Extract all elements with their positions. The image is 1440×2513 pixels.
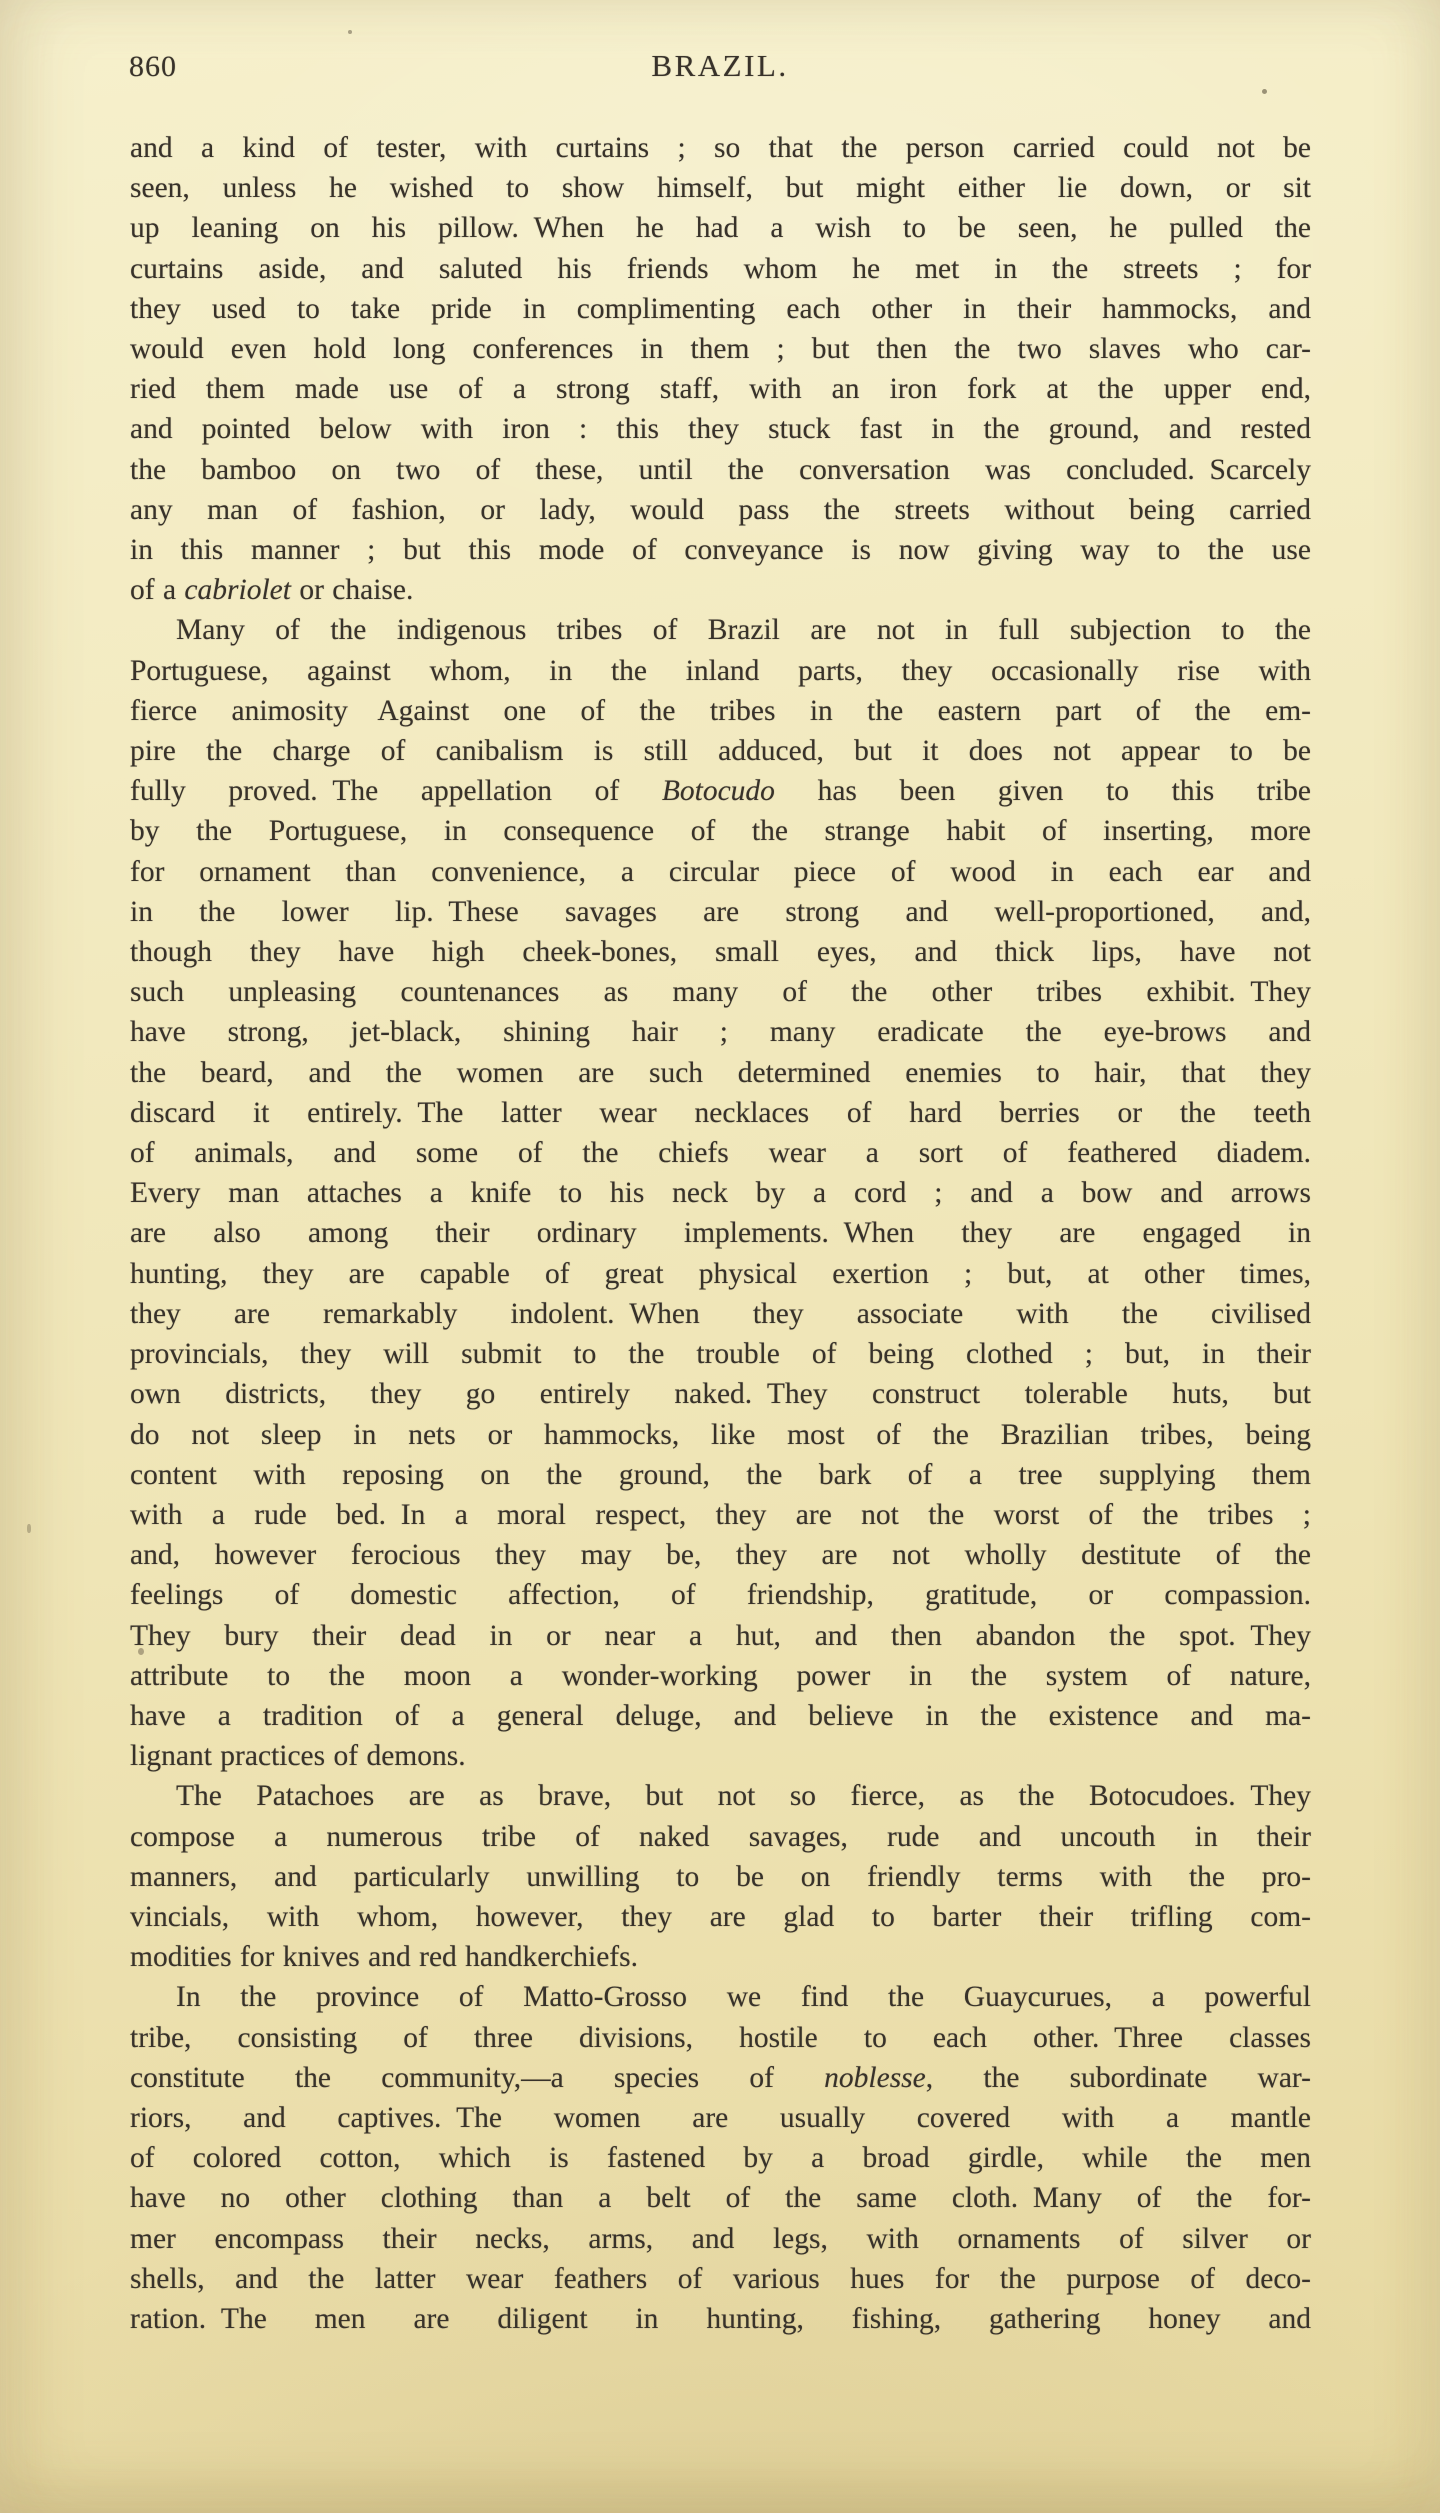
paper-speck [348, 30, 352, 34]
text-segment: feelings of domestic affection, of frien… [130, 1579, 1311, 1611]
text-segment: are also among their ordinary implements… [130, 1217, 1311, 1249]
text-segment: up leaning on his pillow. When he had a … [130, 212, 1311, 244]
text-line: do not sleep in nets or hammocks, like m… [130, 1415, 1311, 1455]
text-segment: In the province of Matto-Grosso we find … [176, 1981, 1311, 2013]
text-line: own districts, they go entirely naked. T… [130, 1374, 1311, 1414]
text-line: mer encompass their necks, arms, and leg… [130, 2219, 1311, 2259]
paragraph: The Patachoes are as brave, but not so f… [130, 1776, 1311, 1977]
text-line: hunting, they are capable of great physi… [130, 1254, 1311, 1294]
text-segment: and a kind of tester, with curtains ; so… [130, 132, 1311, 164]
text-segment: ration. The men are diligent in hunting,… [130, 2303, 1311, 2335]
text-line: and, however ferocious they may be, they… [130, 1535, 1311, 1575]
text-line: have no other clothing than a belt of th… [130, 2178, 1311, 2218]
text-line: though they have high cheek-bones, small… [130, 932, 1311, 972]
running-title: BRAZIL. [130, 48, 1310, 84]
text-segment: and pointed below with iron : this they … [130, 413, 1311, 445]
paragraph: and a kind of tester, with curtains ; so… [130, 128, 1311, 610]
text-segment: ried them made use of a strong staff, wi… [130, 373, 1311, 405]
text-line: curtains aside, and saluted his friends … [130, 249, 1311, 289]
text-line: discard it entirely. The latter wear nec… [130, 1093, 1311, 1133]
paper-speck [27, 1524, 31, 1533]
text-line: up leaning on his pillow. When he had a … [130, 208, 1311, 248]
text-line: would even hold long conferences in them… [130, 329, 1311, 369]
text-line: The Patachoes are as brave, but not so f… [130, 1776, 1311, 1816]
text-line: lignant practices of demons. [130, 1736, 1311, 1776]
text-segment: Many of the indigenous tribes of Brazil … [176, 614, 1311, 646]
text-line: Many of the indigenous tribes of Brazil … [130, 610, 1311, 650]
text-segment: shells, and the latter wear feathers of … [130, 2263, 1311, 2295]
text-line: compose a numerous tribe of naked savage… [130, 1817, 1311, 1857]
text-line: and pointed below with iron : this they … [130, 409, 1311, 449]
text-line: by the Portuguese, in consequence of the… [130, 811, 1311, 851]
text-segment: content with reposing on the ground, the… [130, 1459, 1311, 1491]
text-line: they are remarkably indolent. When they … [130, 1294, 1311, 1334]
text-segment: have a tradition of a general deluge, an… [130, 1700, 1311, 1732]
paragraph: In the province of Matto-Grosso we find … [130, 1977, 1311, 2339]
text-line: the beard, and the women are such determ… [130, 1053, 1311, 1093]
text-segment: provincials, they will submit to the tro… [130, 1338, 1311, 1370]
text-segment: have no other clothing than a belt of th… [130, 2182, 1311, 2214]
text-line: of a cabriolet or chaise. [130, 570, 1311, 610]
text-segment: attribute to the moon a wonder-working p… [130, 1660, 1311, 1692]
text-segment: fully proved. The appellation of [130, 775, 662, 807]
text-segment: has been given to this tribe [775, 775, 1311, 807]
text-line: In the province of Matto-Grosso we find … [130, 1977, 1311, 2017]
text-segment: any man of fashion, or lady, would pass … [130, 494, 1311, 526]
text-line: in the lower lip. These savages are stro… [130, 892, 1311, 932]
text-line: in this manner ; but this mode of convey… [130, 530, 1311, 570]
text-line: of animals, and some of the chiefs wear … [130, 1133, 1311, 1173]
text-line: the bamboo on two of these, until the co… [130, 450, 1311, 490]
text-segment: Portuguese, against whom, in the inland … [130, 655, 1311, 687]
text-segment: They bury their dead in or near a hut, a… [130, 1620, 1311, 1652]
text-line: feelings of domestic affection, of frien… [130, 1575, 1311, 1615]
paper-speck [1262, 89, 1267, 94]
text-segment: own districts, they go entirely naked. T… [130, 1378, 1311, 1410]
text-segment: in the lower lip. These savages are stro… [130, 896, 1311, 928]
text-segment: would even hold long conferences in them… [130, 333, 1311, 365]
text-segment: vincials, with whom, however, they are g… [130, 1901, 1311, 1933]
text-segment: do not sleep in nets or hammocks, like m… [130, 1419, 1311, 1451]
text-segment: in this manner ; but this mode of convey… [130, 534, 1311, 566]
text-segment: or chaise. [291, 574, 413, 606]
text-segment: with a rude bed. In a moral respect, the… [130, 1499, 1311, 1531]
italic-text: cabriolet [184, 574, 291, 606]
page-body: and a kind of tester, with curtains ; so… [130, 128, 1311, 2339]
text-line: fierce animosity Against one of the trib… [130, 691, 1311, 731]
text-segment: compose a numerous tribe of naked savage… [130, 1821, 1311, 1853]
text-segment: though they have high cheek-bones, small… [130, 936, 1311, 968]
paragraph: Many of the indigenous tribes of Brazil … [130, 610, 1311, 1776]
text-segment: manners, and particularly unwilling to b… [130, 1861, 1311, 1893]
text-line: such unpleasing countenances as many of … [130, 972, 1311, 1012]
text-segment: Every man attaches a knife to his neck b… [130, 1177, 1311, 1209]
text-line: Portuguese, against whom, in the inland … [130, 651, 1311, 691]
paper-speck [138, 1648, 144, 1655]
text-line: content with reposing on the ground, the… [130, 1455, 1311, 1495]
text-segment: riors, and captives. The women are usual… [130, 2102, 1311, 2134]
text-line: have strong, jet-black, shining hair ; m… [130, 1012, 1311, 1052]
text-line: are also among their ordinary implements… [130, 1213, 1311, 1253]
text-line: have a tradition of a general deluge, an… [130, 1696, 1311, 1736]
text-line: vincials, with whom, however, they are g… [130, 1897, 1311, 1937]
text-segment: they are remarkably indolent. When they … [130, 1298, 1311, 1330]
text-line: constitute the community,—a species of n… [130, 2058, 1311, 2098]
text-line: pire the charge of canibalism is still a… [130, 731, 1311, 771]
text-line: ried them made use of a strong staff, wi… [130, 369, 1311, 409]
text-segment: such unpleasing countenances as many of … [130, 976, 1311, 1008]
text-segment: by the Portuguese, in consequence of the… [130, 815, 1311, 847]
text-segment: hunting, they are capable of great physi… [130, 1258, 1311, 1290]
text-segment: of a [130, 574, 184, 606]
book-page-scan: 860 BRAZIL. and a kind of tester, with c… [0, 0, 1440, 2513]
text-line: They bury their dead in or near a hut, a… [130, 1616, 1311, 1656]
text-segment: have strong, jet-black, shining hair ; m… [130, 1016, 1311, 1048]
text-line: ration. The men are diligent in hunting,… [130, 2299, 1311, 2339]
italic-text: noblesse [824, 2062, 926, 2094]
text-segment: they used to take pride in complimenting… [130, 293, 1311, 325]
text-line: provincials, they will submit to the tro… [130, 1334, 1311, 1374]
text-segment: of animals, and some of the chiefs wear … [130, 1137, 1311, 1169]
text-segment: , the subordinate war- [926, 2062, 1311, 2094]
text-segment: curtains aside, and saluted his friends … [130, 253, 1311, 285]
text-line: seen, unless he wished to show himself, … [130, 168, 1311, 208]
text-line: with a rude bed. In a moral respect, the… [130, 1495, 1311, 1535]
text-line: tribe, consisting of three divisions, ho… [130, 2018, 1311, 2058]
text-segment: lignant practices of demons. [130, 1740, 466, 1772]
text-line: and a kind of tester, with curtains ; so… [130, 128, 1311, 168]
italic-text: Botocudo [662, 775, 775, 807]
text-segment: constitute the community,—a species of [130, 2062, 824, 2094]
text-segment: of colored cotton, which is fastened by … [130, 2142, 1311, 2174]
text-segment: tribe, consisting of three divisions, ho… [130, 2022, 1311, 2054]
text-segment: discard it entirely. The latter wear nec… [130, 1097, 1311, 1129]
text-line: riors, and captives. The women are usual… [130, 2098, 1311, 2138]
text-line: they used to take pride in complimenting… [130, 289, 1311, 329]
text-segment: fierce animosity Against one of the trib… [130, 695, 1311, 727]
text-segment: seen, unless he wished to show himself, … [130, 172, 1311, 204]
text-line: modities for knives and red handkerchief… [130, 1937, 1311, 1977]
text-segment: The Patachoes are as brave, but not so f… [176, 1780, 1311, 1812]
text-segment: modities for knives and red handkerchief… [130, 1941, 638, 1973]
text-line: manners, and particularly unwilling to b… [130, 1857, 1311, 1897]
text-segment: mer encompass their necks, arms, and leg… [130, 2223, 1311, 2255]
text-segment: pire the charge of canibalism is still a… [130, 735, 1311, 767]
text-line: shells, and the latter wear feathers of … [130, 2259, 1311, 2299]
text-line: fully proved. The appellation of Botocud… [130, 771, 1311, 811]
text-line: any man of fashion, or lady, would pass … [130, 490, 1311, 530]
text-line: for ornament than convenience, a circula… [130, 852, 1311, 892]
text-line: Every man attaches a knife to his neck b… [130, 1173, 1311, 1213]
text-segment: and, however ferocious they may be, they… [130, 1539, 1311, 1571]
text-segment: the bamboo on two of these, until the co… [130, 454, 1311, 486]
text-segment: for ornament than convenience, a circula… [130, 856, 1311, 888]
text-line: of colored cotton, which is fastened by … [130, 2138, 1311, 2178]
text-segment: the beard, and the women are such determ… [130, 1057, 1311, 1089]
text-line: attribute to the moon a wonder-working p… [130, 1656, 1311, 1696]
